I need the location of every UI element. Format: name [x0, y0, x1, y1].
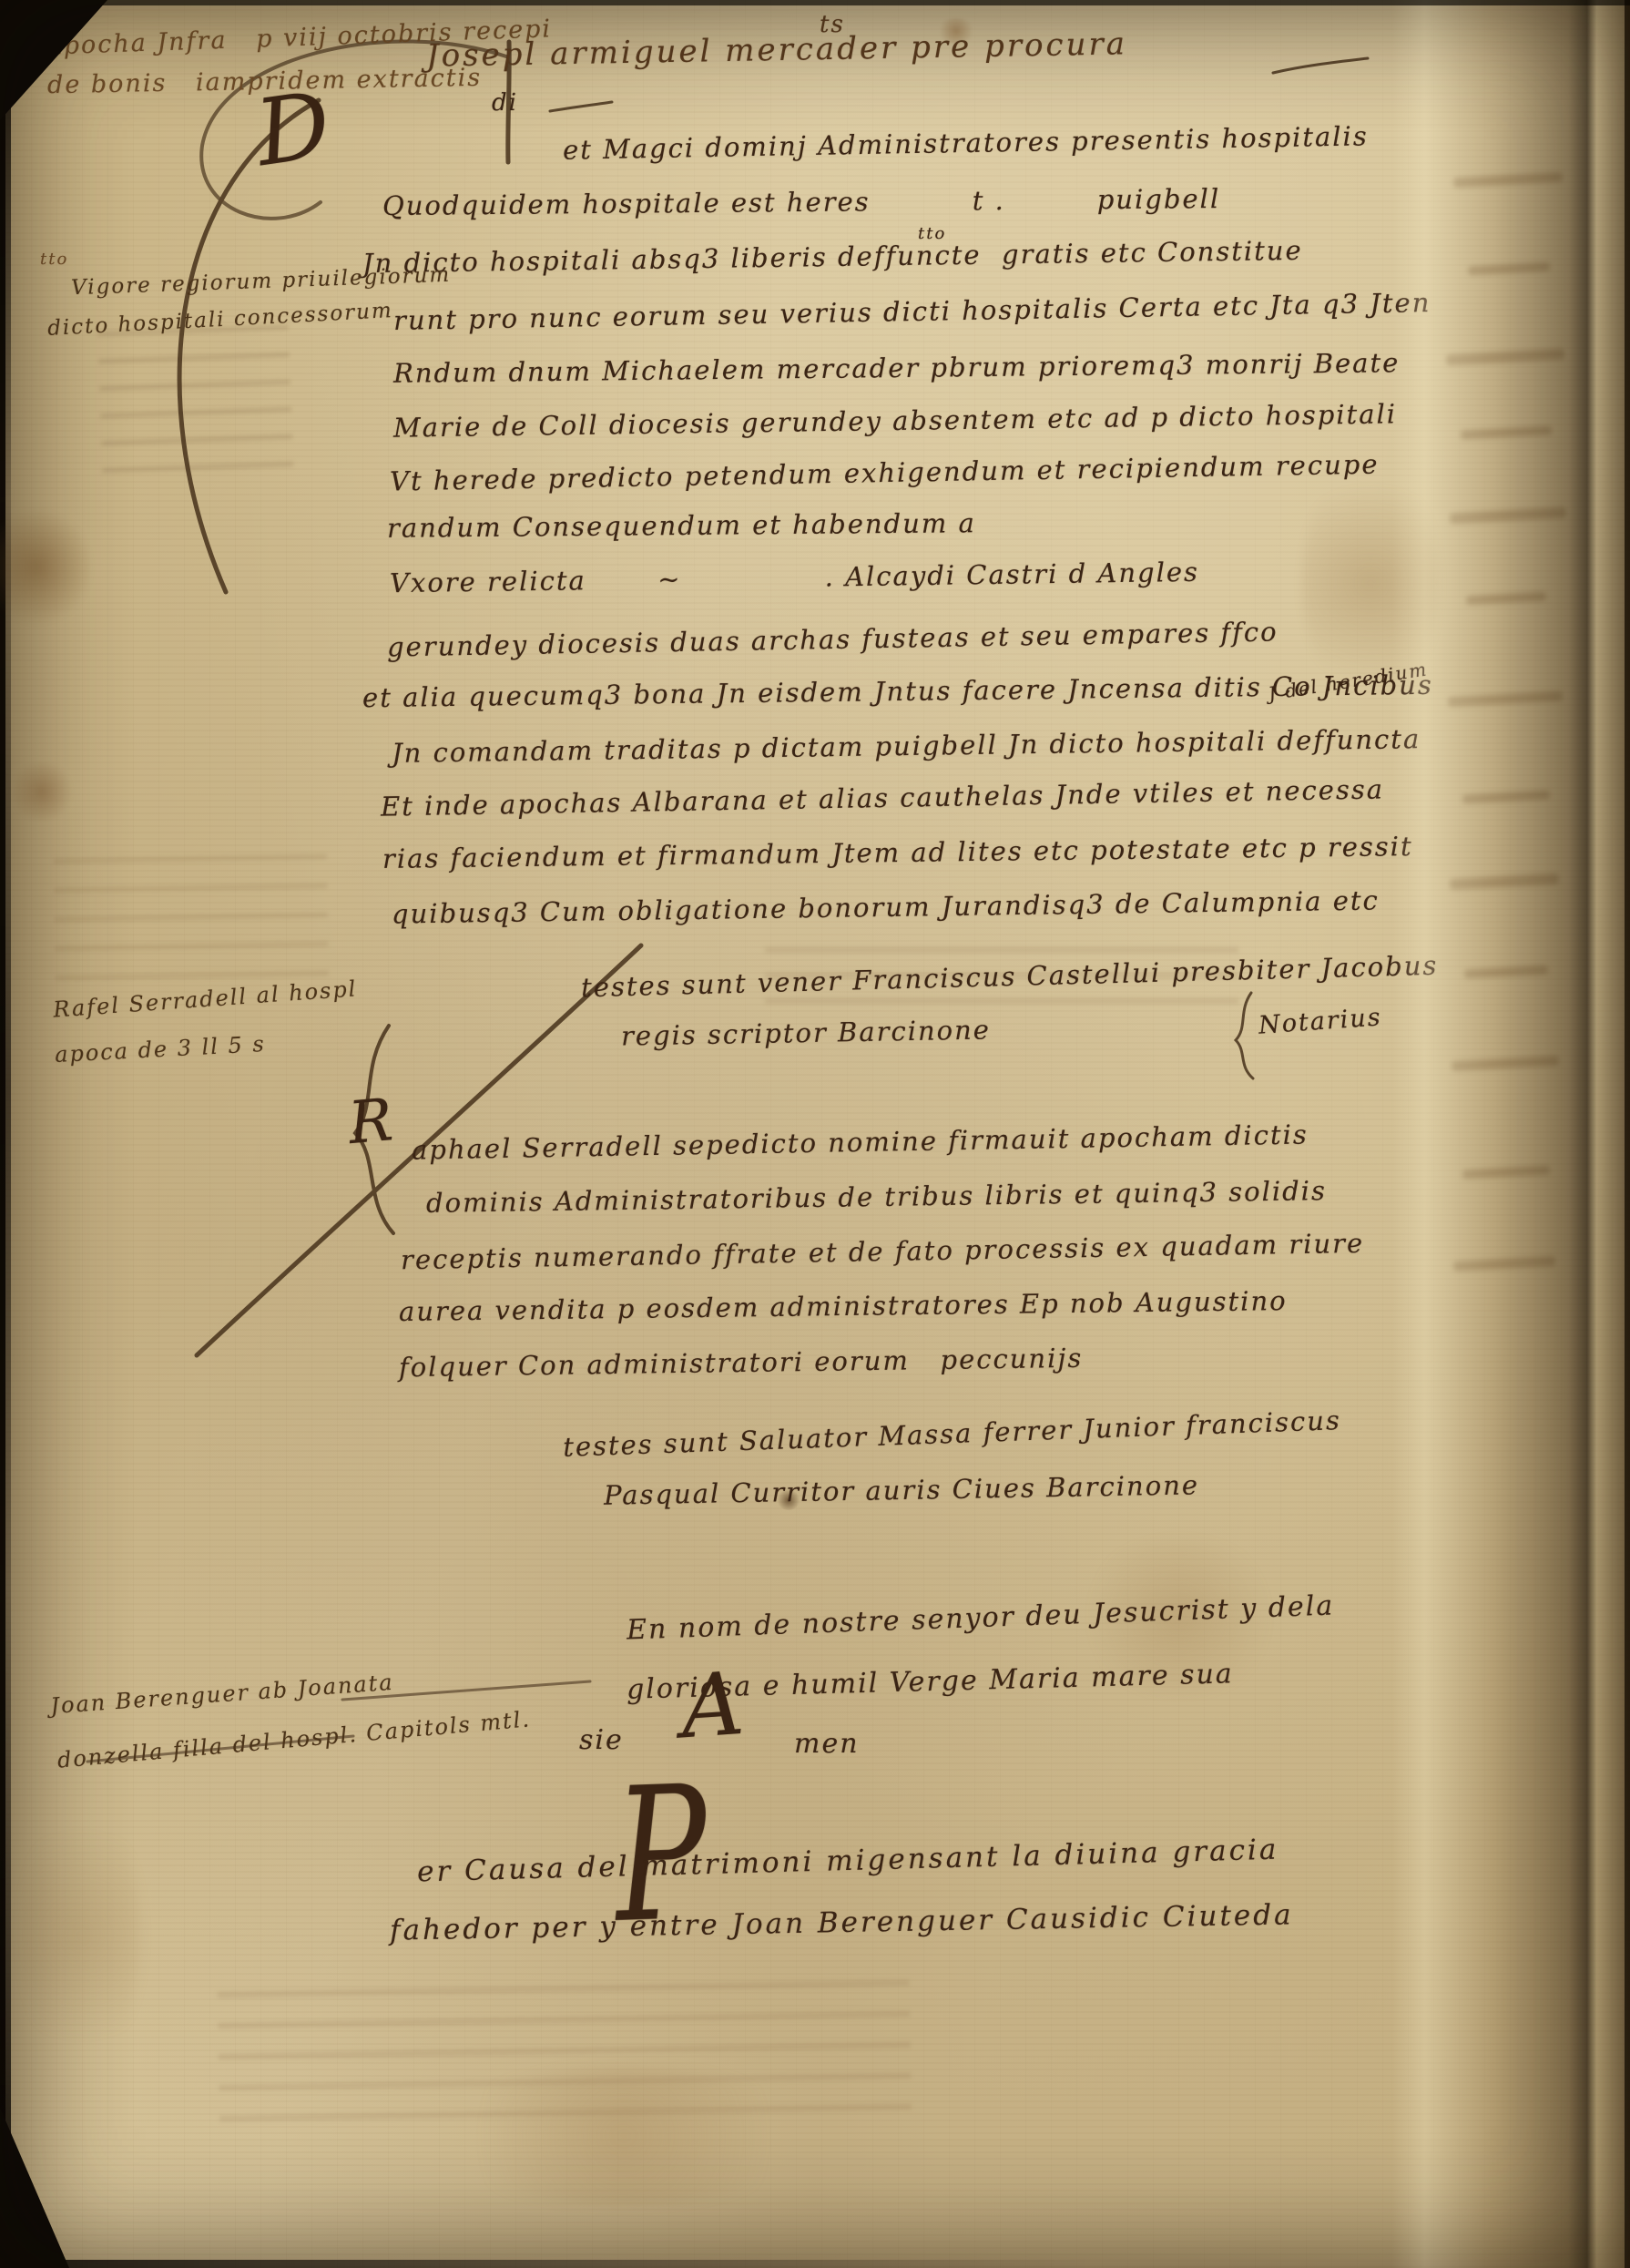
- witnesses1-line2: regis scriptor Barcinone: [621, 1017, 991, 1049]
- entry1-line-7: randum Consequendum et habendum a: [387, 510, 976, 542]
- photo-edge-left: [0, 0, 11, 2268]
- photo-edge-bottom: [0, 2260, 1093, 2268]
- manuscript-photo: Apocha Jnfra p viij octobris recepi de b…: [0, 0, 1630, 2268]
- invocation-amen-rest: men: [794, 1731, 860, 1758]
- entry1-initial-superscript: di: [492, 91, 518, 115]
- page-gutter: [1391, 0, 1630, 2268]
- invocation-amen-initial: A: [678, 1661, 749, 1752]
- entry1-line-1: Quodquidem hospitale est heres t . puigb…: [382, 186, 1220, 220]
- header-mark: ts: [820, 13, 845, 36]
- privilege-note-sigla: tto: [40, 251, 68, 268]
- entry1-initial: D: [250, 79, 337, 179]
- entry2-initial: R: [346, 1091, 397, 1153]
- entry1-interlinear-tto: tto: [918, 226, 946, 242]
- photo-edge-top: [0, 0, 1630, 5]
